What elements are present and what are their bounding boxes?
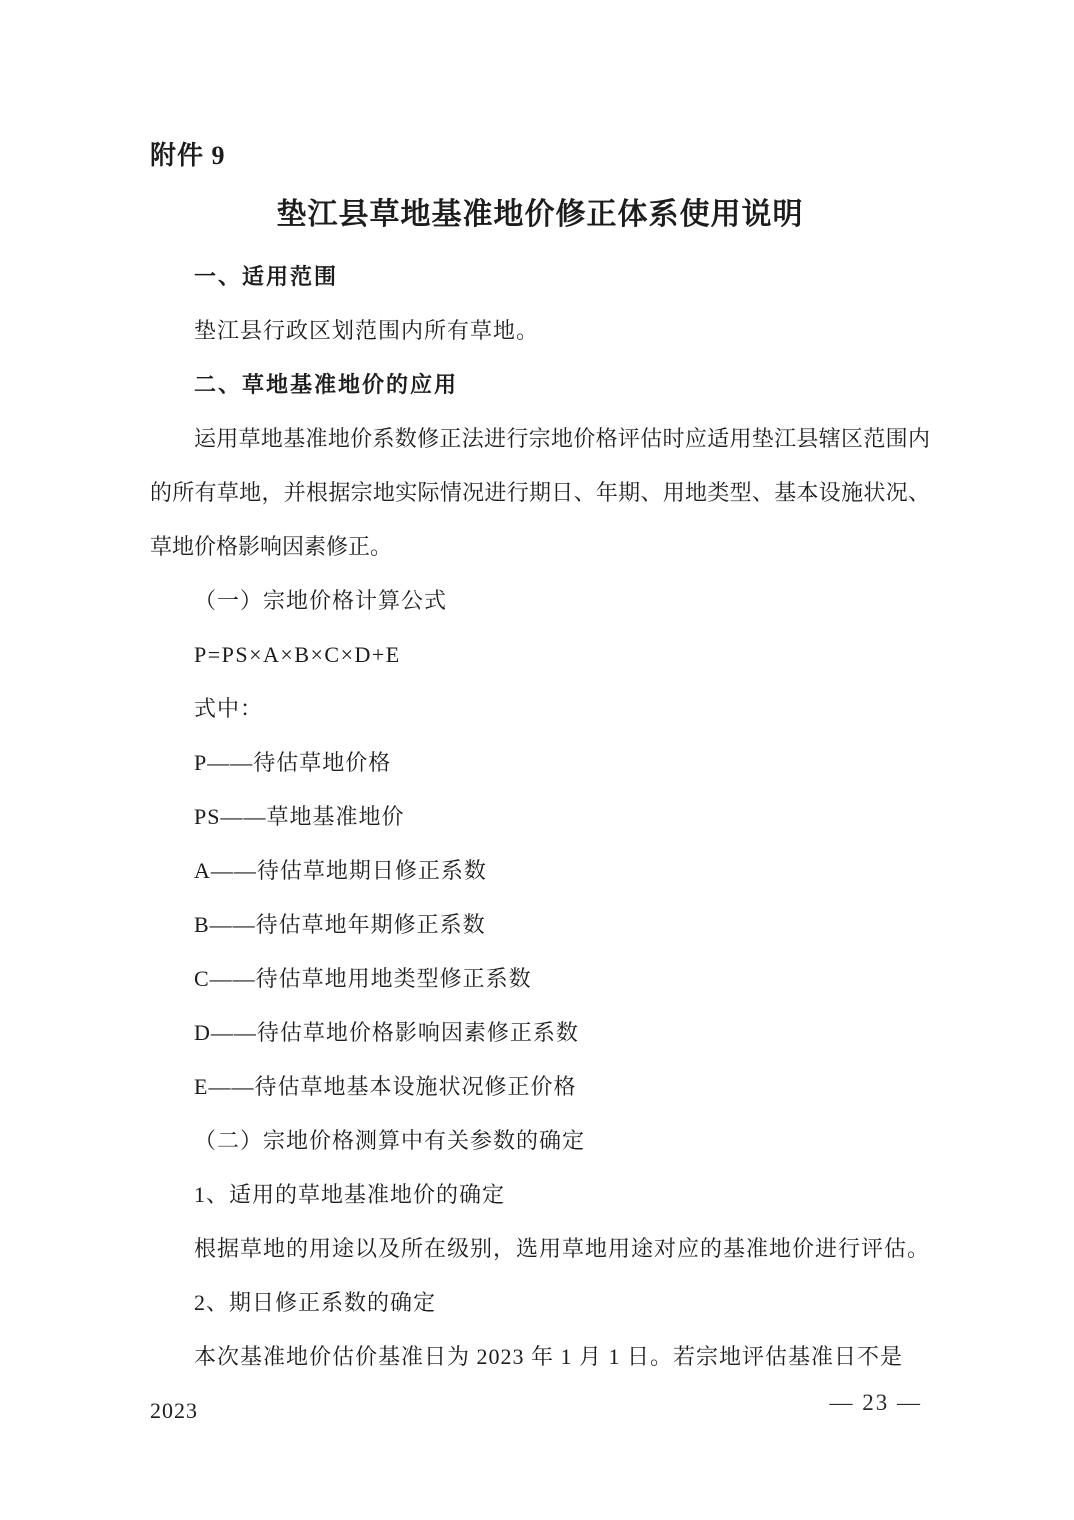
item-2-heading: 2、期日修正系数的确定 [150,1276,930,1330]
item-2-text: 本次基准地价估价基准日为 2023 年 1 月 1 日。若宗地评估基准日不是 2… [150,1330,930,1438]
item-1-heading: 1、适用的草地基准地价的确定 [150,1168,930,1222]
var-ps-definition: PS——草地基准地价 [150,790,930,844]
page-number: — 23 — [830,1390,923,1416]
attachment-label: 附件 9 [150,138,930,174]
var-d-definition: D——待估草地价格影响因素修正系数 [150,1006,930,1060]
section-1-heading: 一、适用范围 [150,250,930,304]
formula-where-label: 式中： [150,682,930,736]
formula-section-label: （一）宗地价格计算公式 [150,574,930,628]
document-content: 附件 9 垫江县草地基准地价修正体系使用说明 一、适用范围 垫江县行政区划范围内… [150,138,930,1438]
var-b-definition: B——待估草地年期修正系数 [150,898,930,952]
section-2-heading: 二、草地基准地价的应用 [150,358,930,412]
document-body: 一、适用范围 垫江县行政区划范围内所有草地。 二、草地基准地价的应用 运用草地基… [150,250,930,1438]
document-title: 垫江县草地基准地价修正体系使用说明 [150,194,930,236]
scope-text: 垫江县行政区划范围内所有草地。 [150,304,930,358]
var-a-definition: A——待估草地期日修正系数 [150,844,930,898]
application-paragraph: 运用草地基准地价系数修正法进行宗地价格评估时应适用垫江县辖区范围内的所有草地，并… [150,412,930,574]
price-formula: P=PS×A×B×C×D+E [150,628,930,682]
var-c-definition: C——待估草地用地类型修正系数 [150,952,930,1006]
document-page: 附件 9 垫江县草地基准地价修正体系使用说明 一、适用范围 垫江县行政区划范围内… [0,0,1074,1520]
parameters-section-label: （二）宗地价格测算中有关参数的确定 [150,1114,930,1168]
var-e-definition: E——待估草地基本设施状况修正价格 [150,1060,930,1114]
item-1-text: 根据草地的用途以及所在级别，选用草地用途对应的基准地价进行评估。 [150,1222,930,1276]
var-p-definition: P——待估草地价格 [150,736,930,790]
